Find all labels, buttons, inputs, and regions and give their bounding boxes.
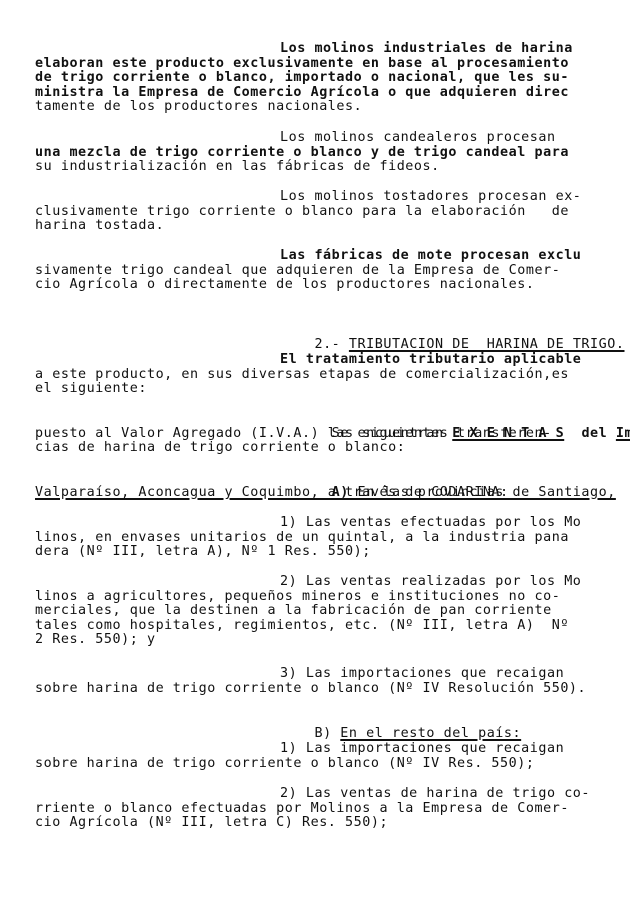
text-line: sobre harina de trigo corriente o blanco…: [35, 681, 586, 696]
section-title: TRIBUTACION DE HARINA DE TRIGO.: [349, 337, 625, 352]
section-heading: 2.- TRIBUTACION DE HARINA DE TRIGO.: [280, 322, 625, 337]
text-line: puesto al Valor Agregado (I.V.A.) las si…: [35, 426, 552, 441]
text-line: Las fábricas de mote procesan exclu: [280, 248, 581, 263]
text-line: 2 Res. 550); y: [35, 632, 156, 647]
text-line: 3) Las importaciones que recaigan: [280, 666, 564, 681]
subsection-title: En el resto del país:: [340, 726, 521, 741]
text-line: de trigo corriente o blanco, importado o…: [35, 70, 569, 85]
text-line: A) En las provincias de Santiago,: [280, 470, 616, 485]
text-line: sivamente trigo candeal que adquieren de…: [35, 263, 560, 278]
text-span: Im: [616, 426, 630, 441]
text-line: El tratamiento tributario aplicable: [280, 352, 581, 367]
subsection-b-heading: B) En el resto del país:: [280, 711, 521, 726]
text-line: Valparaíso, Aconcagua y Coquimbo, a trav…: [35, 485, 509, 500]
text-line: harina tostada.: [35, 218, 164, 233]
text-line: Los molinos tostadores procesan ex-: [280, 189, 581, 204]
subsection-label: B): [314, 726, 340, 741]
text-span: del: [564, 426, 616, 441]
text-line: su industrialización en las fábricas de …: [35, 159, 440, 174]
text-line: a este producto, en sus diversas etapas …: [35, 367, 569, 382]
text-line: cio Agrícola (Nº III, letra C) Res. 550)…: [35, 815, 388, 830]
text-line: 2) Las ventas realizadas por los Mo: [280, 574, 581, 589]
text-line: ministra la Empresa de Comercio Agrícola…: [35, 85, 569, 100]
text-line: cio Agrícola o directamente de los produ…: [35, 277, 535, 292]
text-line: linos a agricultores, pequeños mineros e…: [35, 589, 560, 604]
text-line: tales como hospitales, regimientos, etc.…: [35, 618, 569, 633]
text-line: linos, en envases unitarios de un quinta…: [35, 530, 569, 545]
text-line: una mezcla de trigo corriente o blanco y…: [35, 145, 569, 160]
text-line: dera (Nº III, letra A), Nº 1 Res. 550);: [35, 544, 371, 559]
text-line: sobre harina de trigo corriente o blanco…: [35, 756, 535, 771]
document-page: Los molinos industriales de harina elabo…: [0, 0, 630, 901]
text-line: elaboran este producto exclusivamente en…: [35, 56, 569, 71]
text-line: el siguiente:: [35, 381, 147, 396]
section-number: 2.-: [314, 337, 348, 352]
text-line: 2) Las ventas de harina de trigo co-: [280, 786, 590, 801]
text-line: 1) Las ventas efectuadas por los Mo: [280, 515, 581, 530]
text-line: Los molinos candealeros procesan: [280, 130, 556, 145]
text-line: Los molinos industriales de harina: [280, 41, 573, 56]
text-line: clusivamente trigo corriente o blanco pa…: [35, 204, 569, 219]
text-line: 1) Las importaciones que recaigan: [280, 741, 564, 756]
text-line: tamente de los productores nacionales.: [35, 99, 362, 114]
text-line: rriente o blanco efectuadas por Molinos …: [35, 801, 569, 816]
text-line: merciales, que la destinen a la fabricac…: [35, 603, 552, 618]
text-line: cias de harina de trigo corriente o blan…: [35, 440, 405, 455]
text-line: Se encuentran E X E N T A S del Im: [280, 411, 630, 426]
